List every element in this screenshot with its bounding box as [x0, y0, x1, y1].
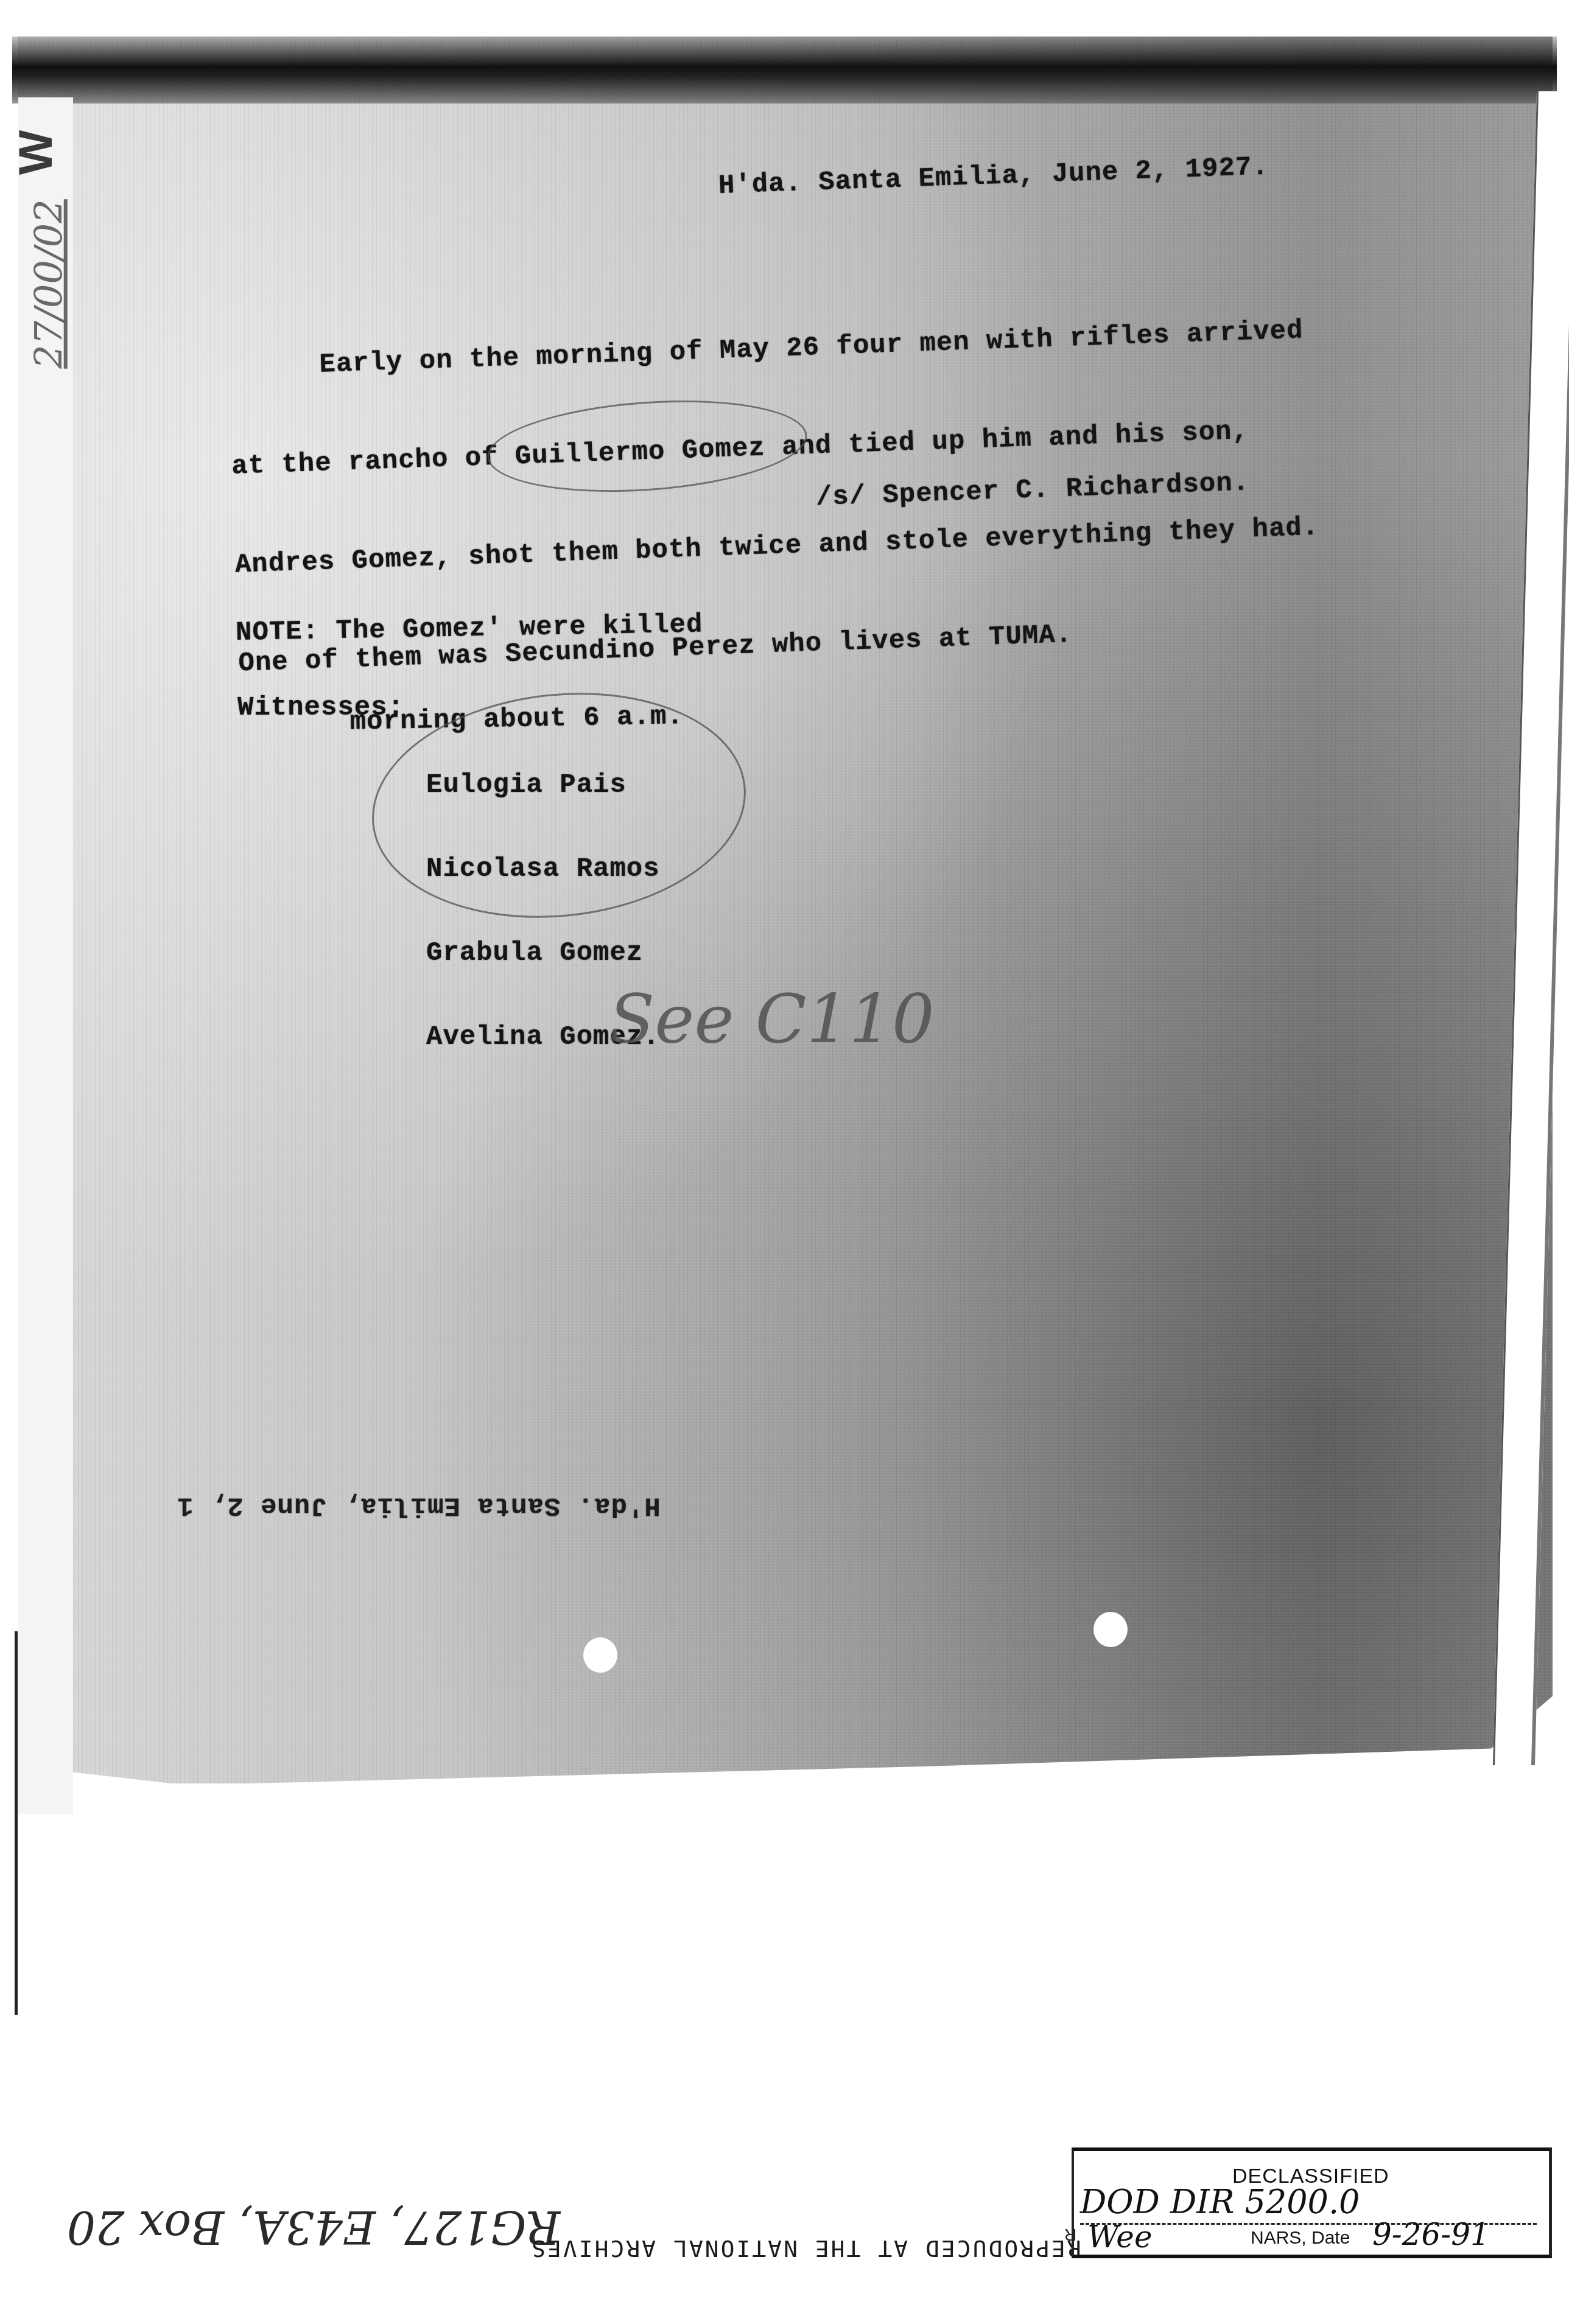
punch-hole — [583, 1637, 617, 1673]
stamp-authority: DOD DIR 5200.0 — [1080, 2183, 1360, 2221]
margin-mark: W — [8, 130, 63, 175]
margin-file-number: 27/00/02 — [26, 199, 71, 368]
left-edge-rule — [15, 1631, 18, 2015]
see-reference-note: See C110 — [609, 980, 935, 1058]
stamp-date-label: NARS, Date — [1251, 2228, 1350, 2249]
stamp-initials: Wee — [1087, 2219, 1153, 2255]
witnesses-label: Witnesses: — [237, 691, 404, 725]
archives-notice: REPRODUCED AT THE NATIONAL ARCHIVES — [530, 2235, 1081, 2262]
mirrored-dateline-offset: H'da. Santa Emilia, June 2, 1 — [177, 1488, 661, 1522]
punch-hole — [1093, 1612, 1128, 1647]
declassified-stamp: DECLASSIFIED DOD DIR 5200.0 Wee NARS, Da… — [1072, 2147, 1552, 2258]
note-line: NOTE: The Gomez' were killed — [236, 610, 703, 648]
witness-name: Grabula Gomez — [426, 939, 660, 967]
scan-shadow-band — [12, 37, 1557, 103]
stamp-date-value: 9-26-91 — [1372, 2217, 1490, 2252]
record-group-note: RG127, E43A, Box 20 — [67, 2200, 560, 2253]
body-line: Early on the morning of May 26 four men … — [228, 314, 1313, 385]
